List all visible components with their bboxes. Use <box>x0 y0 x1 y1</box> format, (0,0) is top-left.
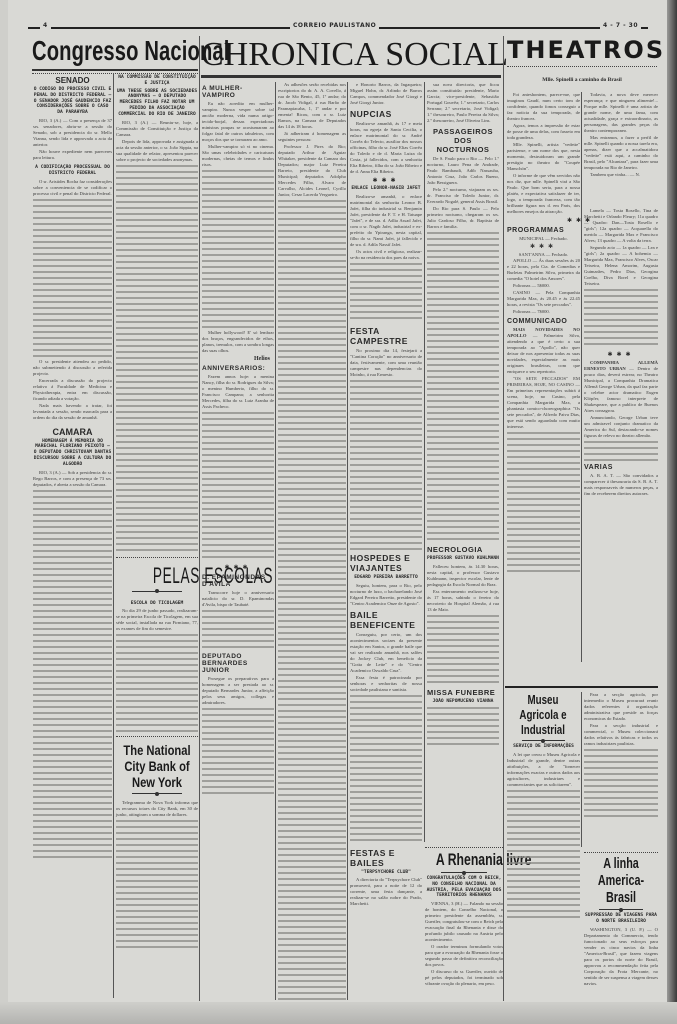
anniversarios-body: Fazem annos hoje: a menina Nancy, filha … <box>202 374 274 410</box>
necrologia-paragraph: Ess enterramento realizou-se hoje, ás 17… <box>427 589 499 613</box>
text-block <box>202 412 274 562</box>
column-divider <box>113 73 114 998</box>
codificacao-paragraph: O sr. Aristides Rocha faz considerações … <box>33 179 112 197</box>
ornament-divider <box>132 793 181 794</box>
cast-lead: Lamela — Tosta Rosello, Tina de Marchett… <box>584 208 658 244</box>
page-edge-shadow <box>667 0 677 1024</box>
dotted-rule <box>116 736 198 737</box>
venue-status: Fechado. <box>551 236 568 241</box>
companhia-paragraph: Annunciando, George Urban teve um admira… <box>584 415 658 439</box>
commissao-body: RIO, 3 (A.) — Reuniu-se, hoje, a Commiss… <box>116 120 198 163</box>
hospedes-subheading: Edgard Pereira Barretto <box>350 575 422 581</box>
national-city-bank-box: The National City Bank of New York <box>116 739 198 800</box>
theatros-column-1: Foi anteshontem, parece-me, que imaginou… <box>507 92 580 572</box>
epaminondas-heading: D. EPAMINONDAS D'AVILA <box>202 574 274 588</box>
nupcias-lead: Realiza-se amanhã, ás 17 e meia horas, n… <box>350 121 422 175</box>
mulher-vampiro-closing: Mulher hollywood! E' só lembrar dos braç… <box>202 330 274 354</box>
rhenania-subheading: CONGRATULAÇÕES COM O REICH, NO CONSELHO … <box>425 876 503 899</box>
programmas-heading: PROGRAMMAS <box>507 227 580 234</box>
text-block <box>202 170 274 330</box>
text-block <box>202 610 274 650</box>
casino-prices: Poltronas — 7$000. <box>507 309 580 315</box>
festas-bailes-heading: FESTAS E BAILES <box>350 848 422 868</box>
commissao-subheading: Uma these sobre as sociedades anonymas —… <box>116 89 198 118</box>
masthead: 4 CORREIO PAULISTANO 4 - 7 - 30 <box>28 22 648 34</box>
apollo-prices: Poltronas — 5$000. <box>507 283 580 289</box>
page-bottom-shadow <box>0 1002 677 1024</box>
chronica-column-1: A MULHER-VAMPIRO Eu não acredito em mulh… <box>202 82 274 798</box>
text-block <box>278 200 346 1024</box>
rhenania-body: VIENNA, 3 (H.) — Falando na sessão de ho… <box>425 901 503 987</box>
missa-heading: MISSA FUNEBRE <box>427 688 499 697</box>
hospedes-lead: Seguiu, hontem, para o Rio, pelo nocturn… <box>350 583 422 607</box>
senado-closing: O sr. presidente attendeu ao pedido, não… <box>33 359 112 421</box>
nupcias-paragraph-3: Os actos civil e religioso, realizar-se-… <box>350 249 422 261</box>
museu-body: A lei que creou o Museu Agricola e Indus… <box>507 752 580 788</box>
cast-body: Lamela — Tosta Rosello, Tina de Marchett… <box>584 208 658 287</box>
theatros-section: THEATROS Mlle. Spinelli a caminho do Bra… <box>507 36 657 87</box>
dotted-rule <box>507 66 657 67</box>
text-block <box>350 695 422 845</box>
festa-campestre-lead: No proximo dia 14, festejará a "Cantina … <box>350 348 422 378</box>
newspaper-name: CORREIO PAULISTANO <box>290 22 379 29</box>
column-divider <box>424 82 425 842</box>
museu-article <box>505 686 658 688</box>
passageiros-paragraph-3: Do Rio para S. Paulo — Pelo primeiro noc… <box>427 206 499 230</box>
baile-body: Conseguiu, por certo, um dos acontecimen… <box>350 632 422 693</box>
spinelli-paragraph-6: Mas entramos, a fazer a perfil de mlle. … <box>584 135 658 171</box>
festas-bailes-lead: A directoria do "Terpsychore Club" promo… <box>350 877 422 907</box>
spinelli-paragraph-5: Todavia, a nova deve merecer esperança; … <box>584 92 658 134</box>
varias-lead: A. B. A. T. — São convidados a comparece… <box>584 473 658 497</box>
spinelli-paragraph-4: O informe de que vêm servidos não nos di… <box>507 173 580 215</box>
museu-title-box: Museu Agricola e Industrial <box>507 692 580 741</box>
pelas-escolas-subheading: ESCOLA DO TICOLAGEM <box>116 601 198 607</box>
column-divider <box>275 82 276 1000</box>
programme-apollo: APOLLO — Ás duas sessões ás 20 e 22 hora… <box>507 258 580 282</box>
venue-status: Fechado. <box>552 252 569 257</box>
text-block <box>427 615 499 685</box>
necrologia-lead: Falleceu hontem, ás 14.30 horas, nesta c… <box>427 564 499 588</box>
passageiros-body: De S. Paulo para o Rio — Pelo 1.º noctur… <box>427 156 499 230</box>
companhia-body: COMPANHIA ALLEMÃ ERNESTO URBAN — Dentro … <box>584 360 658 439</box>
senado-paragraph-6: Nada mais havendo a tratar, foi levantad… <box>33 403 112 421</box>
communicado-heading: COMMUNICADO <box>507 318 580 325</box>
text-block <box>33 490 112 860</box>
necrologia-subheading: Professor Gustavo Kuhlmann <box>427 556 499 562</box>
passageiros-lead: De S. Paulo para o Rio — Pelo 1.º noctur… <box>427 156 499 186</box>
rhenania-paragraph: O orador terminou formulando votos para … <box>425 944 503 968</box>
codificacao-body: O sr. Aristides Rocha faz considerações … <box>33 179 112 197</box>
missa-subheading: João Nepomuceno Vianna <box>427 699 499 705</box>
mulher-vampiro-paragraph-3: Mulher hollywood! E' só lembrar dos braç… <box>202 330 274 354</box>
festas-bailes-body: A directoria do "Terpsychore Club" promo… <box>350 877 422 907</box>
cast-paragraph: Segundo acto — 1a quadro — Lea e "girls"… <box>584 245 658 287</box>
issue-date: 4 - 7 - 30 <box>600 22 641 29</box>
text-block <box>584 289 658 349</box>
deputado-lead: Prosegue os preparativos para a homenage… <box>202 676 274 706</box>
theatros-title: THEATROS <box>507 36 657 64</box>
anniversarios-lead: Fazem annos hoje: a menina Nancy, filha … <box>202 374 274 410</box>
separator-stars: ✱✱✱ <box>350 177 422 184</box>
text-block <box>427 232 499 542</box>
text-block <box>116 165 198 555</box>
rhenania-lead: VIENNA, 3 (H.) — Falando na sessão de ho… <box>425 901 503 943</box>
spinelli-body-cont: Todavia, a nova deve merecer esperança; … <box>584 92 658 178</box>
passageiros-heading: PASSAGEIROS DOS NOCTURNOS <box>427 127 499 154</box>
text-block <box>350 380 422 550</box>
senado-subheading: O CODIGO DO PROCESSO CIVIL E PENAL DO DI… <box>33 87 112 116</box>
senado-heading: SENADO <box>33 76 112 85</box>
separator-stars: ✱✱✱ <box>584 351 658 358</box>
museu-title: Museu Agricola e Industrial <box>507 692 579 737</box>
congresso-section: Congresso Nacional <box>32 36 198 76</box>
spinelli-signature: Tambem que vinha... — N. <box>584 172 658 178</box>
camara-subheading: HOMENAGEM Á MEMORIA DO MARECHAL FLORIANO… <box>33 439 112 468</box>
column-divider <box>581 92 582 662</box>
nupcias-body: Realiza-se amanhã, ás 17 e meia horas, n… <box>350 121 422 175</box>
text-block <box>507 432 580 572</box>
column-divider <box>581 692 582 847</box>
nova-directoria-lead: sua nova directoria, que ficou assim con… <box>427 82 499 124</box>
title-rule <box>32 69 198 71</box>
linha-america-article: A linha America-Brasil SUPPRESSÃO DE VIA… <box>584 850 658 988</box>
theatros-column-2: Todavia, a nova deve merecer esperança; … <box>584 92 658 498</box>
pelas-escolas-lead: No dia 29 de junho passado, realizaram-s… <box>116 608 198 632</box>
senado-paragraph: Não houve expediente nem pareceres para … <box>33 149 112 161</box>
spinelli-body: Foi anteshontem, parece-me, que imaginou… <box>507 92 580 215</box>
museu-column-1: Museu Agricola e Industrial SERVIÇO DE I… <box>507 692 580 920</box>
national-city-bank-title: The National City Bank of New York <box>117 742 197 790</box>
camara-lead: RIO, 3 (A.) — Sob a presidencia do sr. R… <box>33 470 112 488</box>
museu-lead: A lei que creou o Museu Agricola e Indus… <box>507 752 580 788</box>
camara-heading: CAMARA <box>33 427 112 437</box>
mulher-vampiro-lead: Eu não acredito em mulher-vampiro. Nunca… <box>202 101 274 143</box>
nupcias-body-2: Realiza-se amanhã, o enlace matrimonial … <box>350 194 422 261</box>
chronica-header: CHRONICA SOCIAL <box>201 36 501 80</box>
text-block <box>507 790 580 920</box>
separator-stars: ✱✱✱ <box>567 217 580 224</box>
ornament-divider <box>132 591 181 592</box>
spinelli-lead: Foi anteshontem, parece-me, que imaginou… <box>507 92 580 122</box>
linha-america-lead: WASHINGTON, 3 (U. P.) — O Departamento d… <box>584 927 658 987</box>
rhenania-title: A Rhenania livre <box>436 850 492 869</box>
necrologia-heading: NECROLOGIA <box>427 545 499 554</box>
hospedes-heading: HOSPEDES E VIAJANTES <box>350 553 422 573</box>
senado-paragraph-5: Encerrada a discussão do projecto relati… <box>33 378 112 402</box>
hospedes-body: Seguiu, hontem, para o Rio, pelo nocturn… <box>350 583 422 607</box>
column-divider <box>503 36 504 1001</box>
spinelli-paragraph-3: Mlle. Spinelli, artista "vedette" parisi… <box>507 142 580 172</box>
mulher-vampiro-paragraph: Mulher-vampiro só vi no cinema. São umas… <box>202 144 274 168</box>
society-body: e Honorio Barros, da Ingaqueira; Miguel … <box>350 82 422 106</box>
museu-subheading: SERVIÇO DE INFORMAÇÕES <box>507 744 580 750</box>
baile-heading: BAILE BENEFICENTE <box>350 610 422 630</box>
senado-column: SENADO O CODIGO DO PROCESSO CIVIL E PENA… <box>33 73 112 860</box>
nova-directoria-body: sua nova directoria, que ficou assim con… <box>427 82 499 124</box>
dotted-rule <box>116 557 198 558</box>
necrologia-body: Falleceu hontem, ás 14.30 horas, nesta c… <box>427 564 499 613</box>
linha-america-title-box: A linha America-Brasil <box>584 855 658 910</box>
text-block <box>350 263 422 323</box>
deputado-heading: DEPUTADO BERNARDES JUNIOR <box>202 653 274 674</box>
commissao-column: NA COMMISSÃO DE CONSTITUIÇÃO E JUSTIÇA U… <box>116 73 198 950</box>
signature: Helios <box>206 356 270 362</box>
rhenania-paragraph-3: O discurso do sr. Guertler, ouvido de pé… <box>425 969 503 987</box>
congresso-title: Congresso Nacional <box>32 36 198 66</box>
column-divider <box>199 36 200 1001</box>
ornament-divider <box>441 872 488 873</box>
festa-campestre-body: No proximo dia 14, festejará a "Cantina … <box>350 348 422 378</box>
text-block <box>202 708 274 798</box>
museu-paragraph-3: Para a secção industrial e commercial, o… <box>584 723 658 747</box>
pelas-escolas-box: PELAS ESCOLAS <box>116 560 198 599</box>
linha-america-body: WASHINGTON, 3 (U. P.) — O Departamento d… <box>584 927 658 987</box>
festa-campestre-heading: FESTA CAMPESTRE <box>350 326 422 346</box>
national-city-bank-lead: Telegramma de Nova York informa que os r… <box>116 800 198 818</box>
programme-casino: CASINO — Pela Companhia Margarida Max, á… <box>507 290 580 308</box>
baile-paragraph: Essa festa é patrocinada por senhoras e … <box>350 675 422 693</box>
separator-stars: ✱✱✱ <box>507 244 580 250</box>
chronica-column-2: As adhesões serão recebidas nos escripto… <box>278 82 346 1024</box>
commissao-heading: NA COMMISSÃO DE CONSTITUIÇÃO E JUSTIÇA <box>116 75 198 87</box>
rhenania-title-box: A Rhenania livre <box>425 850 503 873</box>
deputado-body: Prosegue os preparativos para a homenage… <box>202 676 274 706</box>
separator-stars: ✱✱✱ <box>202 564 274 571</box>
title-rule <box>201 75 501 78</box>
adhesions-paragraph: Já adheriram á homenagem as seguintes pe… <box>278 131 346 143</box>
nupcias-heading: NUPCIAS <box>350 109 422 119</box>
pelas-escolas-body: No dia 29 de junho passado, realizaram-s… <box>116 608 198 632</box>
programmas-list: MUNICIPAL — Fechado. ✱✱✱ SANT'ANNA — Fec… <box>507 236 580 315</box>
adhesions-body: As adhesões serão recebidas nos escripto… <box>278 82 346 198</box>
adhesions-list: Professor J. Pires do Rio; deputado Arth… <box>278 144 346 198</box>
nupcias-couple: Enlace Leonor-Nagib Jafet <box>350 186 422 192</box>
ornament-divider <box>522 740 566 741</box>
commissao-lead: RIO, 3 (A.) — Reuniu-se, hoje, a Commiss… <box>116 120 198 138</box>
linha-america-subheading: SUPPRESSÃO DE VIAGENS PARA O NORTE BRASI… <box>584 913 658 925</box>
commissao-paragraph: Depois de lida, approvada e assignada a … <box>116 139 198 163</box>
museu-body-cont: Para a secção agricola, por intermedio o… <box>584 692 658 747</box>
baile-lead: Conseguiu, por certo, um dos acontecimen… <box>350 632 422 674</box>
codificacao-heading: A CODIFICAÇÃO PROCESSUAL DO DISTRICTO FE… <box>33 165 112 177</box>
ornament-divider <box>599 909 643 910</box>
mulher-vampiro-heading: A MULHER-VAMPIRO <box>202 85 274 99</box>
rhenania-article: A Rhenania livre CONGRATULAÇÕES COM O RE… <box>425 845 503 988</box>
senado-paragraph-4: O sr. presidente attendeu ao pedido, não… <box>33 359 112 377</box>
dotted-rule <box>425 847 503 848</box>
page-number: 4 <box>40 22 51 29</box>
communicado-paragraph: "OS SETE PECCADOS" EM PRIMEIRAS, HOJE, N… <box>507 376 580 430</box>
communicado-body: MAIS NOVIDADES NO APOLLO — Palmeirim Sil… <box>507 327 580 430</box>
chronica-title: CHRONICA SOCIAL <box>201 36 501 74</box>
museu-column-2: Para a secção agricola, por intermedio o… <box>584 692 658 819</box>
linha-america-title: A linha America-Brasil <box>586 855 655 906</box>
epaminondas-body: Transcorre hoje o anniversario natalicio… <box>202 590 274 608</box>
festas-bailes-subheading: "Terpsychore Club" <box>350 870 422 876</box>
text-block <box>584 441 658 461</box>
passageiros-paragraph: Pelo 2.º nocturno, viajaram os srs. dr. … <box>427 187 499 205</box>
senado-body: RIO, 3 (A.) — Com a presença de 37 srs. … <box>33 118 112 161</box>
companhia-lead: — Dentro de pouco dias, deverá estrear, … <box>584 366 658 413</box>
communicado-lead: — Palmeirim Silva, attendendo a que é ce… <box>507 333 580 374</box>
adhesions-lead: As adhesões serão recebidas nos escripto… <box>278 82 346 130</box>
nupcias-paragraph: Realiza-se amanhã, o enlace matrimonial … <box>350 194 422 248</box>
national-city-bank-body: Telegramma de Nova York informa que os r… <box>116 800 198 818</box>
camara-body: RIO, 3 (A.) — Sob a presidencia do sr. R… <box>33 470 112 488</box>
column-divider <box>347 82 348 1000</box>
varias-body: A. B. A. T. — São convidados a comparece… <box>584 473 658 497</box>
varias-heading: VARIAS <box>584 464 658 471</box>
text-block <box>116 634 198 734</box>
epaminondas-lead: Transcorre hoje o anniversario natalicio… <box>202 590 274 608</box>
museu-paragraph: Para a secção agricola, por intermedio o… <box>584 692 658 722</box>
text-block <box>116 820 198 950</box>
spinelli-paragraph-2: Agora, temos a impressão de estar de pos… <box>507 123 580 141</box>
chronica-column-3: e Honorio Barros, da Ingaqueira; Miguel … <box>350 82 422 908</box>
chronica-column-4: sua nova directoria, que ficou assim con… <box>427 82 499 747</box>
text-block <box>33 199 112 359</box>
anniversarios-heading: ANNIVERSARIOS: <box>202 365 274 372</box>
society-lead: e Honorio Barros, da Ingaqueira; Miguel … <box>350 82 422 106</box>
venue-name: SANT'ANNA <box>519 252 545 257</box>
programme-municipal: MUNICIPAL — Fechado. <box>507 236 580 242</box>
mulher-vampiro-body: Eu não acredito em mulher-vampiro. Nunca… <box>202 101 274 168</box>
dotted-rule <box>584 852 658 853</box>
senado-lead: RIO, 3 (A.) — Com a presença de 37 srs. … <box>33 118 112 148</box>
spinelli-heading: Mlle. Spinelli a caminho do Brasil <box>507 77 657 83</box>
text-block <box>584 749 658 819</box>
text-block <box>427 707 499 747</box>
venue-name: MUNICIPAL <box>519 236 544 241</box>
